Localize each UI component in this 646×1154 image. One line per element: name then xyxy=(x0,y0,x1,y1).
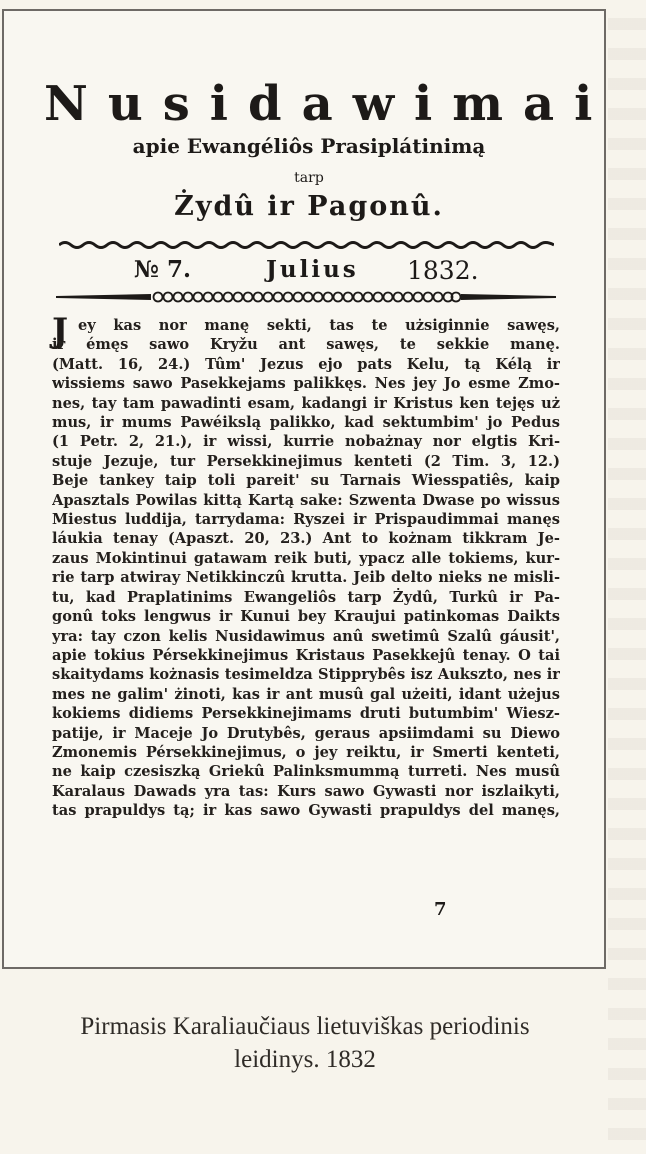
body-line: tu, kad Praplatinims Ewangeliôs tarp Żyd… xyxy=(52,588,560,607)
body-line: láukia tenay (Apaszt. 20, 23.) Ant to ko… xyxy=(52,529,560,548)
periodical-subtitle-line3: Żydû ir Pagonû. xyxy=(64,191,554,222)
body-line: ne kaip czesiszką Griekû Palinksmummą tu… xyxy=(52,762,560,781)
wavy-rule-divider xyxy=(59,239,554,251)
body-line: skaitydams kożnasis tesimeldza Stipprybê… xyxy=(52,665,560,684)
body-line: Beje tankey taip toli pareit' su Tarnais… xyxy=(52,471,560,490)
body-line: Karalaus Dawads yra tas: Kurs sawo Gywas… xyxy=(52,782,560,801)
body-line: Zmonemis Pérsekkinejimus, o jey reiktu, … xyxy=(52,743,560,762)
body-line: nes, tay tam pawadinti esam, kadangi ir … xyxy=(52,394,560,413)
body-line: (1 Petr. 2, 21.), ir wissi, kurrie nobaż… xyxy=(52,432,560,451)
body-line: tas prapuldys tą; ir kas sawo Gywasti pr… xyxy=(52,801,560,820)
issue-month: Julius xyxy=(266,256,359,283)
body-line: ey kas nor manę sekti, tas te użsiginnie… xyxy=(52,316,560,335)
issue-line: № 7. Julius 1832. xyxy=(59,254,554,286)
caption-line1: Pirmasis Karaliaučiaus lietuviškas perio… xyxy=(0,1010,610,1043)
body-line: Apasztals Powilas kittą Kartą sake: Szwe… xyxy=(52,491,560,510)
body-line: mes ne galim' żinoti, kas ir ant musû ga… xyxy=(52,685,560,704)
periodical-subtitle-line2: tarp xyxy=(64,170,554,186)
body-line: gonû toks lengwus ir Kunui bey Kraujui p… xyxy=(52,607,560,626)
periodical-subtitle-line1: apie Ewangéliôs Prasiplátinimą xyxy=(64,134,554,158)
body-line: zaus Mokintinui gatawam reik buti, ypacz… xyxy=(52,549,560,568)
body-line: wissiems sawo Pasekkejams palikkęs. Nes … xyxy=(52,374,560,393)
issue-number: № 7. xyxy=(134,256,191,283)
periodical-title: Nusidawimai xyxy=(44,76,574,132)
ornamental-rule-divider xyxy=(56,289,556,305)
issue-year: 1832. xyxy=(407,256,479,285)
body-line: ir émęs sawo Kryžu ant sawęs, te sekkie … xyxy=(52,335,560,354)
body-line: kokiems didiems Persekkinejimams druti b… xyxy=(52,704,560,723)
body-line: yra: tay czon kelis Nusidawimus anû swet… xyxy=(52,627,560,646)
body-line: Miestus luddija, tarrydama: Ryszei ir Pr… xyxy=(52,510,560,529)
body-line: (Matt. 16, 24.) Tûm' Jezus ejo pats Kelu… xyxy=(52,355,560,374)
body-line: patije, ir Maceje Jo Drutybês, geraus ap… xyxy=(52,724,560,743)
figure-caption: Pirmasis Karaliaučiaus lietuviškas perio… xyxy=(0,1010,610,1076)
page-number: 7 xyxy=(434,899,447,920)
body-line: mus, ir mums Pawéikslą palikko, kad sekt… xyxy=(52,413,560,432)
facsimile-frame: Nusidawimai apie Ewangéliôs Prasiplátini… xyxy=(2,9,606,969)
body-line: rie tarp atwiray Netikkinczû krutta. Jei… xyxy=(52,568,560,587)
caption-line2: leidinys. 1832 xyxy=(0,1043,610,1076)
body-line: apie tokius Pérsekkinejimus Kristaus Pas… xyxy=(52,646,560,665)
body-line: stuje Jezuje, tur Persekkinejimus kentet… xyxy=(52,452,560,471)
page-showthrough-texture xyxy=(608,0,646,1154)
article-body: ey kas nor manę sekti, tas te użsiginnie… xyxy=(52,316,560,821)
